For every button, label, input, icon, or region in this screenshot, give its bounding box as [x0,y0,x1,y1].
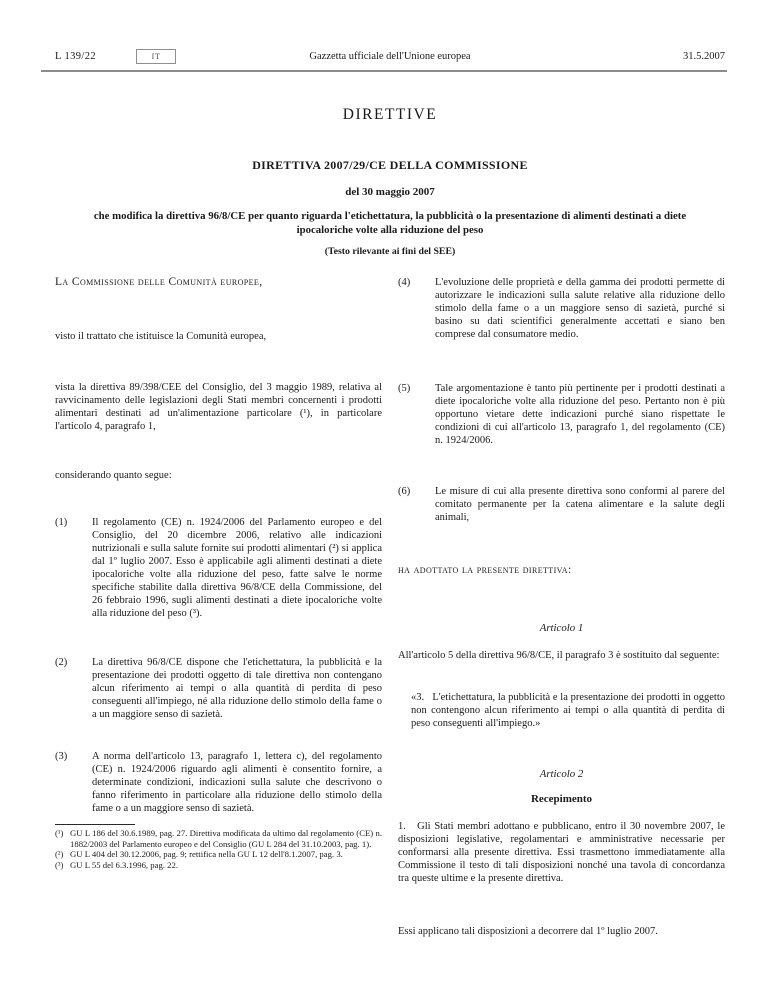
footnote-marker: (³) [55,860,70,871]
footnote-text: GU L 404 del 30.12.2006, pag. 9; rettifi… [70,849,382,860]
recital-number: (6) [398,485,435,524]
article-1-intro: All'articolo 5 della direttiva 96/8/CE, … [398,649,725,662]
recitals-intro: considerando quanto segue: [55,469,382,482]
article-1-heading: Articolo 1 [398,622,725,635]
article-2-paragraph-2: Essi applicano tali disposizioni a decor… [398,925,725,938]
header-left: L 139/22 IT [55,49,176,64]
recital-number: (4) [398,276,435,341]
recital-text: A norma dell'articolo 13, paragrafo 1, l… [92,750,382,815]
directive-citation: vista la direttiva 89/398/CEE del Consig… [55,381,382,433]
recital-2: (2) La direttiva 96/8/CE dispone che l'e… [55,656,382,721]
footnote-3: (³) GU L 55 del 6.3.1996, pag. 22. [55,860,382,871]
footnote-rule [55,824,135,825]
recital-4: (4) L'evoluzione delle proprietà e della… [398,276,725,341]
recital-number: (3) [55,750,92,815]
recital-number: (5) [398,382,435,447]
header-rule [41,70,727,72]
footnote-marker: (¹) [55,828,70,849]
footnotes-block: (¹) GU L 186 del 30.6.1989, pag. 27. Dir… [55,824,382,870]
commission-opening: La Commissione delle Comunità europee, [55,276,382,289]
article-2-heading: Articolo 2 [398,768,725,781]
article-2-subheading: Recepimento [398,793,725,806]
page-header: L 139/22 IT Gazzetta ufficiale dell'Unio… [55,48,725,64]
journal-page: L 139/22 IT Gazzetta ufficiale dell'Unio… [0,0,768,994]
issue-date: 31.5.2007 [683,51,725,62]
page-number: L 139/22 [55,51,96,62]
section-title: DIRETTIVE [55,106,725,124]
recital-text: La direttiva 96/8/CE dispone che l'etich… [92,656,382,721]
two-column-body: La Commissione delle Comunità europee, v… [55,276,725,938]
recital-3: (3) A norma dell'articolo 13, paragrafo … [55,750,382,815]
adoption-formula: ha adottato la presente direttiva: [398,564,725,577]
recital-number: (2) [55,656,92,721]
recital-5: (5) Tale argomentazione è tanto più pert… [398,382,725,447]
journal-title: Gazzetta ufficiale dell'Unione europea [309,51,470,62]
treaty-citation: visto il trattato che istituisce la Comu… [55,330,382,343]
footnote-marker: (²) [55,849,70,860]
directive-subtitle: che modifica la direttiva 96/8/CE per qu… [66,210,714,237]
recital-6: (6) Le misure di cui alla presente diret… [398,485,725,524]
eea-relevance-note: (Testo rilevante ai fini del SEE) [55,246,725,257]
recital-text: Il regolamento (CE) n. 1924/2006 del Par… [92,516,382,620]
recital-text: Tale argomentazione è tanto più pertinen… [435,382,725,447]
recital-1: (1) Il regolamento (CE) n. 1924/2006 del… [55,516,382,620]
language-badge: IT [136,49,176,64]
footnote-text: GU L 55 del 6.3.1996, pag. 22. [70,860,382,871]
right-column: (4) L'evoluzione delle proprietà e della… [398,276,725,938]
footnote-text: GU L 186 del 30.6.1989, pag. 27. Diretti… [70,828,382,849]
recital-text: L'evoluzione delle proprietà e della gam… [435,276,725,341]
article-1-quoted-text: «3. L'etichettatura, la pubblicità e la … [398,691,725,730]
directive-date: del 30 maggio 2007 [55,186,725,198]
footnote-2: (²) GU L 404 del 30.12.2006, pag. 9; ret… [55,849,382,860]
recital-number: (1) [55,516,92,620]
left-column: La Commissione delle Comunità europee, v… [55,276,382,938]
article-2-paragraph-1: 1. Gli Stati membri adottano e pubblican… [398,820,725,885]
recital-text: Le misure di cui alla presente direttiva… [435,485,725,524]
directive-title: DIRETTIVA 2007/29/CE DELLA COMMISSIONE [55,158,725,173]
footnote-1: (¹) GU L 186 del 30.6.1989, pag. 27. Dir… [55,828,382,849]
